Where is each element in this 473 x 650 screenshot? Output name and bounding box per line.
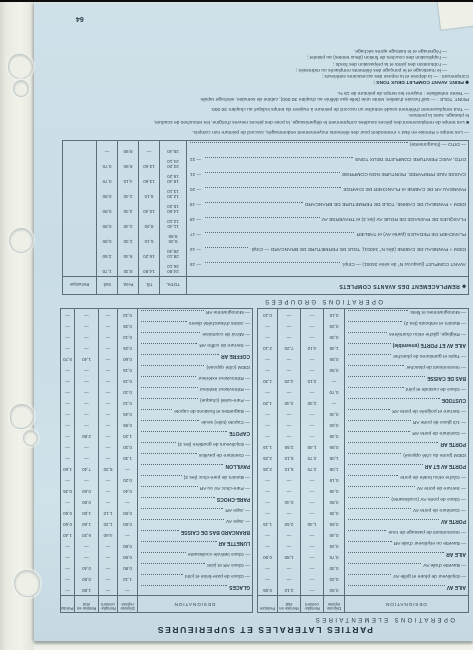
operation-label: — Bavette ou enjoliveur d'aile AR	[394, 540, 466, 545]
operation-designation: — Insonorisant de passage de roue	[345, 529, 468, 540]
table-row: PORTE AR0,551,402,551,15	[258, 441, 468, 452]
operation-designation: — Monogrammes et filets	[345, 309, 468, 320]
time-cell: 0,95	[258, 584, 278, 595]
time-cell: —	[301, 584, 324, 595]
time-cell: 2,60	[278, 518, 301, 529]
scanned-page: PARTIES LATERALES ET SUPERIEURES OPERATI…	[0, 0, 473, 650]
rotated-document-content: PARTIES LATERALES ET SUPERIEURES OPERATI…	[34, 3, 473, 641]
time-cell: 0,70	[97, 156, 118, 171]
time-cell: —	[278, 485, 301, 496]
binder-hole	[23, 430, 38, 446]
operation-label: — Serrure et poignée de porte AR	[392, 408, 466, 413]
time-cell: 2,40	[118, 216, 139, 231]
time-cell: 0,50	[75, 573, 99, 584]
operation-designation: — Jupe AR	[138, 507, 252, 518]
operation-label: — Serrure de coffre AR	[199, 342, 250, 347]
leader-dots	[348, 520, 439, 521]
leader-dots	[348, 575, 391, 576]
operation-label: ◆ REMPLACEMENT DES AVANTS COMPLETS	[339, 282, 466, 288]
operation-designation: IDEM + PANNEAU DE CABINE (dès N° 34001),…	[187, 246, 468, 261]
leader-dots	[348, 311, 408, 312]
time-cell: 0,80	[97, 201, 118, 216]
operation-label: PORTE AR	[440, 441, 466, 447]
time-cell: —	[99, 419, 118, 430]
time-cell: 8,90	[118, 156, 139, 171]
operation-designation: IDEM (porte du côté opposé)	[345, 452, 468, 463]
operation-label: — Pare-soleil (chaque)	[200, 397, 250, 402]
table-row: — Jupe AV0,501,201,600,60	[61, 518, 252, 529]
leader-dots	[141, 322, 187, 323]
table-row: — Enjoliveur de phare et grille AV0,20——…	[258, 573, 468, 584]
time-cell: 0,15	[324, 309, 345, 320]
time-cell: —	[61, 573, 75, 584]
time-cell: —	[99, 408, 118, 419]
time-cell: 0,45	[118, 408, 138, 419]
section-operations-groupees: OPERATIONS GROUPEES	[60, 298, 383, 304]
time-cell: 8,90	[118, 141, 139, 156]
time-cell: 1,50	[75, 507, 99, 518]
time-cell: —	[258, 386, 278, 397]
operation-label: PARE-CHOCS	[217, 496, 250, 502]
operation-label: — Glace AR et joint	[207, 562, 250, 567]
operation-label: CAISSE NUE PREPAREE, PEINTURE NON COMPRI…	[342, 171, 466, 176]
operation-label: — Garniture de porte AR	[412, 430, 466, 435]
time-cell	[63, 201, 97, 216]
time-cell: 0,50	[118, 507, 138, 518]
operation-designation: BRANCARD BAS DE CAISSE	[138, 529, 252, 540]
time-cell: —	[118, 463, 138, 474]
leader-dots	[205, 158, 353, 159]
leader-dots	[205, 233, 354, 234]
time-cell: —	[75, 441, 99, 452]
time-cell: —	[99, 309, 118, 320]
leader-dots	[141, 509, 223, 510]
time-cell: 0,70	[97, 171, 118, 186]
operation-label: — Capote (toile) seule	[201, 419, 250, 424]
operation-designation: — Pare-soleil (chaque)	[138, 397, 252, 408]
leader-dots	[348, 465, 423, 466]
operation-designation: CAPOTE	[138, 430, 252, 441]
time-cell: —	[75, 375, 99, 386]
operation-designation: — Rétroviseur extérieur	[138, 375, 252, 386]
time-cell: 0,10	[118, 397, 138, 408]
leader-dots	[348, 322, 402, 323]
time-cell: —	[301, 430, 324, 441]
time-cell: 1,10	[118, 573, 138, 584]
figure-ref: — 21	[190, 171, 201, 177]
operation-label: DESIGNATION	[174, 601, 216, 606]
operation-designation: — Serrure de porte AV	[345, 485, 468, 496]
paper-sheet: PARTIES LATERALES ET SUPERIEURES OPERATI…	[34, 3, 473, 641]
operation-label: IDEM (côté opposé)	[207, 364, 251, 369]
operation-label: — Insonorisant de plancher	[406, 364, 466, 369]
table-row: — Glace de custode et joint0,70———	[258, 386, 468, 397]
operation-label: COFFRE AR	[221, 353, 250, 359]
leader-dots	[141, 553, 186, 554]
operation-designation: DESIGNATION	[138, 596, 252, 612]
time-cell: 0,80	[324, 496, 345, 507]
time-cell: 0,55	[324, 353, 345, 364]
time-cell: —	[301, 353, 324, 364]
operation-label: CAPOTE	[229, 430, 250, 436]
time-cell	[63, 156, 97, 171]
remplacement-avants-complets-table: ◆ REMPLACEMENT DES AVANTS COMPLETSTOTALT…	[62, 140, 469, 295]
operation-designation: CAISSE NUE PREPAREE, PEINTURE NON COMPRI…	[187, 171, 468, 186]
time-cell: 2,70	[301, 452, 324, 463]
time-cell: —	[75, 419, 99, 430]
time-cell: —	[99, 430, 118, 441]
leader-dots	[141, 377, 196, 378]
table-row: — Bavette d'aile AV0,30———	[258, 562, 468, 573]
time-cell: 0,30	[118, 441, 138, 452]
time-cell: 0,80	[97, 186, 118, 201]
leader-dots	[348, 531, 387, 532]
leader-dots	[141, 355, 219, 356]
time-cell: —	[99, 320, 118, 331]
table-row: — Gâche et/ou butée de porte0,15———	[258, 474, 468, 485]
table-row: — DITO — (fourgonnette)25,40—8,90—	[63, 141, 468, 156]
operation-designation: PARE-CHOCS	[138, 496, 252, 507]
time-cell: —	[301, 573, 324, 584]
leader-dots	[141, 564, 205, 565]
time-cell: 0,80	[97, 216, 118, 231]
operation-designation: — Tapis et garnitures de plancher	[345, 353, 468, 364]
time-cell: —	[278, 408, 301, 419]
leader-dots	[141, 487, 198, 488]
leader-dots	[141, 575, 183, 576]
time-cell: 2,25	[258, 463, 278, 474]
leader-dots	[141, 421, 199, 422]
time-cell: 0,90	[324, 584, 345, 595]
time-cell: 0,40	[324, 529, 345, 540]
operation-label: DITO, AVEC PEINTURE COMPLETE DEUX TONS	[355, 156, 466, 161]
time-cell: —	[301, 529, 324, 540]
time-cell: —	[99, 474, 118, 485]
leader-dots	[205, 218, 320, 219]
operation-designation: — Glace de porte AV (coulissante)	[345, 496, 468, 507]
time-cell: —	[278, 562, 301, 573]
time-cell: 6,20	[75, 529, 99, 540]
table-row: — Serrure de coffre AR0,25———	[61, 342, 252, 353]
leader-dots	[141, 586, 227, 587]
time-cell: 2,70	[301, 463, 324, 474]
time-cell: —	[99, 452, 118, 463]
time-cell: 1,30	[258, 375, 278, 386]
time-cell: —	[258, 496, 278, 507]
time-cell: —	[61, 496, 75, 507]
table-row: — Baguettes et fixations de capote0,45——…	[61, 408, 252, 419]
time-cell: —	[99, 573, 118, 584]
operation-label: BAS DE CAISSE	[427, 375, 466, 381]
time-cell: 1,45	[324, 342, 345, 353]
time-cell: 10,40	[139, 201, 160, 216]
time-cell: —	[118, 496, 138, 507]
time-cell: —	[99, 397, 118, 408]
time-cell: 0,70	[61, 353, 75, 364]
leader-dots	[348, 498, 389, 499]
footnote-line: — Teinte métallisée : majorer les temps …	[149, 88, 469, 94]
operation-label: FLASQUES DE PASSAGE DE ROUE AV (les 2) e…	[322, 216, 466, 221]
operation-designation: CUSTODE	[345, 397, 468, 408]
time-cell: 0,40	[118, 485, 138, 496]
operation-label: — Garniture de pavillon	[199, 452, 250, 457]
table-row: — Insonorisant de plancher0,90———	[258, 364, 468, 375]
table-row: — Insonorisant de passage de roue0,40———	[258, 529, 468, 540]
leader-dots	[141, 311, 204, 312]
operation-designation: — Butoirs et embouts (les 2)	[345, 320, 468, 331]
time-cell: —	[258, 364, 278, 375]
time-cell: 0,55	[324, 518, 345, 529]
time-cell: —	[61, 540, 75, 551]
operation-label: CUSTODE	[442, 397, 466, 403]
leader-dots	[348, 432, 410, 433]
section-operations-elementaires: OPERATIONS ELEMENTAIRES	[60, 616, 455, 622]
table-row: — Glace de porte AV (coulissante)0,80—0,…	[258, 496, 468, 507]
time-cell: 2,50	[97, 246, 118, 261]
time-cell: 1,15	[258, 441, 278, 452]
time-cell: 0,15	[118, 364, 138, 375]
operation-designation: PORTE AV	[345, 518, 468, 529]
operation-designation: AILE AR	[345, 551, 468, 562]
operation-label: PORTE AV ET AR	[425, 463, 466, 469]
leader-dots	[348, 487, 415, 488]
time-cell: —	[61, 320, 75, 331]
leader-dots	[348, 476, 398, 477]
time-cell: 9,40	[118, 246, 139, 261]
operation-label: — Glace de porte AV (coulissante)	[391, 496, 466, 501]
footnote-line: PEINT. TOLE : — tarif horaire d'atelier,…	[149, 95, 469, 101]
time-cell: —	[75, 408, 99, 419]
time-cell: 1,40	[61, 529, 75, 540]
time-cell: —	[278, 474, 301, 485]
operation-designation: — Joints d'étanchéité divers	[138, 320, 252, 331]
time-cell: 3,40	[278, 397, 301, 408]
column-header: Rempla- cement	[301, 596, 324, 612]
time-cell: —	[301, 364, 324, 375]
time-cell: —	[75, 309, 99, 320]
leader-dots	[348, 388, 404, 389]
time-cell: 0,60	[118, 353, 138, 364]
leader-dots	[141, 432, 227, 433]
time-cell: 0,80	[97, 231, 118, 246]
time-cell: —	[75, 540, 99, 551]
time-cell: 2,40	[118, 186, 139, 201]
time-cell: —	[99, 375, 118, 386]
time-cell: —	[75, 364, 99, 375]
time-cell: 0,90	[258, 551, 278, 562]
operation-designation: — DITO — (fourgonnette)	[187, 141, 468, 156]
operation-label: — Rétroviseur extérieur	[198, 375, 250, 380]
leader-dots	[141, 399, 198, 400]
table-row: PARE-CHOCS——0,90—	[61, 496, 252, 507]
operation-designation: PORTE AV ET AR	[345, 463, 468, 474]
time-cell: —	[301, 309, 324, 320]
table-row: — Garniture de porte AR0,35———	[258, 430, 468, 441]
time-cell: 0,95	[118, 419, 138, 430]
leader-dots	[348, 443, 438, 444]
leader-dots	[141, 388, 198, 389]
operation-designation: IDEM (côté opposé)	[138, 364, 252, 375]
time-cell: —	[301, 474, 324, 485]
table-row: CAPOTE1,20—2,80—	[61, 430, 252, 441]
time-cell: 0,45	[324, 485, 345, 496]
leader-dots	[141, 366, 205, 367]
leader-dots	[141, 476, 182, 477]
footnotes-block: — Les temps « Remise en état » s'entende…	[149, 47, 469, 134]
time-cell: 0,35	[324, 430, 345, 441]
operation-label: — Butoirs et embouts (les 2)	[404, 320, 466, 325]
table-right-half: DESIGNATIONDépose reposeRempla- cementRe…	[60, 308, 253, 613]
time-cell: —	[301, 562, 324, 573]
time-cell: —	[61, 397, 75, 408]
time-cell: —	[278, 364, 301, 375]
table-row: AILE AR0,75—1,800,90	[258, 551, 468, 562]
footnote-line: — Les temps « Remise en état » s'entende…	[149, 128, 469, 134]
table-row: — Garniture de porte AV0,35———	[258, 507, 468, 518]
time-cell: —	[99, 386, 118, 397]
operation-designation: — Insonorisant de plancher	[345, 364, 468, 375]
time-cell: 1,15	[258, 518, 278, 529]
operation-label: DESIGNATION	[385, 601, 427, 606]
time-cell: 1,30	[118, 452, 138, 463]
table-row: — Glace latérale coulissante0,90———	[61, 551, 252, 562]
time-cell: —	[278, 540, 301, 551]
operation-label: — Gâche et/ou butée de porte	[400, 474, 466, 479]
table-row: — Butoirs de pare-choc (les 2)0,20———	[61, 474, 252, 485]
time-cell: —	[258, 430, 278, 441]
table-row: — Tapis et garnitures de plancher0,55———	[258, 353, 468, 364]
time-cell: 0,90	[75, 496, 99, 507]
time-cell: 2,30	[301, 397, 324, 408]
table-row: — Pare-choc AV ou AR0,40—0,600,35	[61, 485, 252, 496]
operation-designation: — Glace latérale coulissante	[138, 551, 252, 562]
table-row: AILE AV0,90—2,100,95	[258, 584, 468, 595]
time-cell: —	[258, 562, 278, 573]
table-row: — Bavette ou enjoliveur d'aile AR0,25———	[258, 540, 468, 551]
operation-designation: AILE AV ET PORTE (ensemble)	[345, 342, 468, 353]
column-header: Remise en état	[278, 596, 301, 612]
leader-dots	[348, 399, 440, 400]
time-cell: —	[258, 331, 278, 342]
figure-ref: — 15	[190, 261, 201, 267]
footnote-line: — l'obturation des joints et la préparat…	[149, 59, 447, 65]
operation-label: AVANT COMPLET (jusqu'au N° de série 3400…	[342, 261, 466, 266]
table-row: — Capote (toile) seule0,95———	[61, 419, 252, 430]
leader-dots	[348, 366, 404, 367]
leader-dots	[205, 188, 341, 189]
figure-ref: — 19	[190, 201, 201, 207]
leader-dots	[141, 344, 197, 345]
time-cell: 3,40	[118, 201, 139, 216]
time-cell: 1,20	[118, 430, 138, 441]
time-cell: —	[278, 507, 301, 518]
time-cell: —	[301, 386, 324, 397]
time-cell: 2,10	[278, 584, 301, 595]
operation-label: — Monogramme AR	[206, 309, 250, 314]
figure-ref: — 16	[190, 246, 201, 252]
time-cell	[63, 171, 97, 186]
table-left-half: DESIGNATIONDépose reposeRempla- cementRe…	[257, 308, 469, 613]
time-cell: 0,35	[61, 485, 75, 496]
time-cell: 23,20 24,10	[160, 156, 187, 171]
operation-label: — Garniture de porte AV	[413, 507, 466, 512]
time-cell: —	[258, 529, 278, 540]
time-cell: 0,80	[118, 562, 138, 573]
binder-hole	[13, 80, 29, 97]
footnote-line: — le masticage et le ponçage des élément…	[149, 66, 447, 72]
leader-dots	[141, 542, 217, 543]
operation-label: IDEM (porte du côté opposé)	[403, 452, 466, 457]
time-cell: 0,10	[118, 331, 138, 342]
operation-designation: — Monogramme AR	[138, 309, 252, 320]
table-row: — Serrure et poignée de porte AR0,40———	[258, 408, 468, 419]
operation-designation: AVANT COMPLET (jusqu'au N° de série 3400…	[187, 261, 468, 276]
time-cell: 1,90	[75, 584, 99, 595]
time-cell: 0,20	[324, 573, 345, 584]
time-cell: —	[99, 551, 118, 562]
time-cell: —	[61, 430, 75, 441]
operation-label: — Glace de pare-brise et joint	[185, 573, 250, 578]
operation-label: PANNEAU AR DE CABINE et PLANCHER DE CHAR…	[343, 186, 466, 191]
operation-designation: IDEM + PANNEAU DE CABINE, TOLE DE FERMET…	[187, 201, 468, 216]
operation-designation: BAS DE CAISSE	[345, 375, 468, 386]
time-cell: 7,40	[75, 463, 99, 474]
time-cell: 1,40	[75, 353, 99, 364]
time-cell: 25,40	[160, 141, 187, 156]
leader-dots	[141, 333, 200, 334]
operation-label: — DITO — (fourgonnette)	[410, 141, 466, 146]
time-cell: —	[75, 320, 99, 331]
time-cell: —	[301, 485, 324, 496]
operation-designation: PLANCHER DE PEDALES (partie AV) et TABLI…	[187, 231, 468, 246]
time-cell: 0,40	[324, 408, 345, 419]
time-cell: 12,30 13,10	[160, 186, 187, 201]
time-cell: 1,70	[97, 261, 118, 276]
time-cell: —	[61, 331, 75, 342]
page-number: 64	[76, 15, 84, 22]
time-cell: —	[301, 551, 324, 562]
time-cell: —	[61, 562, 75, 573]
time-cell: —	[61, 342, 75, 353]
operation-label: — Monogrammes et filets	[410, 309, 466, 314]
column-header: Tôl.	[139, 277, 160, 294]
table-row: — Monogrammes et filets0,15——0,10	[258, 309, 468, 320]
footnote-line: ◆ PEINT. AVANT COMPLET DEUX TONS :	[149, 78, 469, 84]
time-cell	[63, 186, 97, 201]
leader-dots	[141, 531, 179, 532]
table-row: IDEM (côté opposé)0,15———	[61, 364, 252, 375]
time-cell: —	[75, 551, 99, 562]
operation-designation: — Baguettes et fixations de capote	[138, 408, 252, 419]
leader-dots	[348, 509, 411, 510]
table-row: CUSTODE—2,303,401,20	[258, 397, 468, 408]
operation-designation: — Butoirs de pare-choc (les 2)	[138, 474, 252, 485]
time-cell: 0,25	[324, 540, 345, 551]
time-cell: 5,10	[278, 452, 301, 463]
time-cell: 0,15	[118, 375, 138, 386]
time-cell: —	[301, 540, 324, 551]
time-cell: —	[278, 320, 301, 331]
time-cell	[63, 141, 97, 156]
time-cell: 0,60	[324, 419, 345, 430]
time-cell: —	[61, 375, 75, 386]
operation-label: — Butoirs de pare-choc (les 2)	[184, 474, 250, 479]
time-cell: 1,60	[75, 518, 99, 529]
footnote-line: — Tout remplacement d'élément soudé entr…	[149, 105, 469, 111]
operation-designation: DESIGNATION	[345, 596, 468, 612]
time-cell: 6,10	[139, 231, 160, 246]
table-row: — Miroir de courtoisie0,10———	[61, 331, 252, 342]
